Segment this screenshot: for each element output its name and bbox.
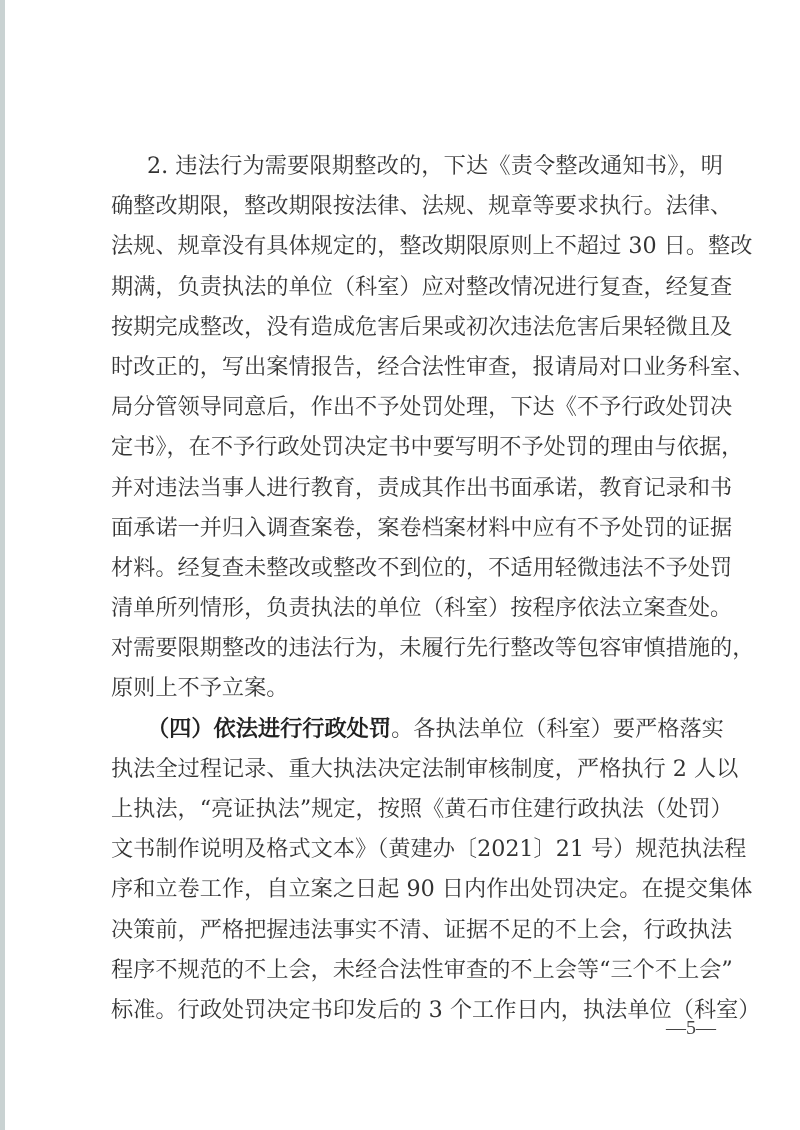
section-heading: （四）依法进行行政处罚 [147, 716, 391, 742]
text-line: 程序不规范的不上会，未经合法性审查的不上会等“三个不上会” [111, 950, 723, 990]
section-heading-line: （四）依法进行行政处罚。各执法单位（科室）要严格落实 [111, 709, 723, 749]
text-line: 按期完成整改，没有造成危害后果或初次违法危害后果轻微且及 [111, 307, 723, 347]
text-line: 法规、规章没有具体规定的，整改期限原则上不超过 30 日。整改 [111, 226, 723, 266]
text-line: 面承诺一并归入调查案卷，案卷档案材料中应有不予处罚的证据 [111, 508, 723, 548]
text-line: 序和立卷工作，自立案之日起 90 日内作出处罚决定。在提交集体 [111, 869, 723, 909]
text-line: 执法全过程记录、重大执法决定法制审核制度，严格执行 2 人以 [111, 749, 723, 789]
document-body: 2. 违法行为需要限期整改的，下达《责令整改通知书》，明 确整改期限，整改期限按… [111, 146, 723, 1030]
text-span: 。各执法单位（科室）要严格落实 [391, 716, 724, 742]
text-line: 上执法，“亮证执法”规定，按照《黄石市住建行政执法（处罚） [111, 789, 723, 829]
text-line: 定书》，在不予行政处罚决定书中要写明不予处罚的理由与依据， [111, 427, 723, 467]
text-line: 原则上不予立案。 [111, 668, 723, 708]
paragraph-section-4: （四）依法进行行政处罚。各执法单位（科室）要严格落实 执法全过程记录、重大执法决… [111, 709, 723, 1031]
text-line: 材料。经复查未整改或整改不到位的，不适用轻微违法不予处罚 [111, 548, 723, 588]
page-number: —5— [666, 1017, 716, 1040]
text-line: 清单所列情形，负责执法的单位（科室）按程序依法立案查处。 [111, 588, 723, 628]
paragraph-item-2: 2. 违法行为需要限期整改的，下达《责令整改通知书》，明 确整改期限，整改期限按… [111, 146, 723, 709]
text-line: 决策前，严格把握违法事实不清、证据不足的不上会，行政执法 [111, 910, 723, 950]
text-line: 确整改期限，整改期限按法律、法规、规章等要求执行。法律、 [111, 186, 723, 226]
text-line: 文书制作说明及格式文本》（黄建办〔2021〕21 号）规范执法程 [111, 829, 723, 869]
text-line: 对需要限期整改的违法行为，未履行先行整改等包容审慎措施的， [111, 628, 723, 668]
scan-edge [0, 0, 5, 1130]
text-line: 标准。行政处罚决定书印发后的 3 个工作日内，执法单位（科室） [111, 990, 723, 1030]
text-line: 时改正的，写出案情报告，经合法性审查，报请局对口业务科室、 [111, 347, 723, 387]
text-line: 2. 违法行为需要限期整改的，下达《责令整改通知书》，明 [111, 146, 723, 186]
text-line: 局分管领导同意后，作出不予处罚处理，下达《不予行政处罚决 [111, 387, 723, 427]
text-line: 并对违法当事人进行教育，责成其作出书面承诺，教育记录和书 [111, 468, 723, 508]
text-line: 期满，负责执法的单位（科室）应对整改情况进行复查，经复查 [111, 267, 723, 307]
